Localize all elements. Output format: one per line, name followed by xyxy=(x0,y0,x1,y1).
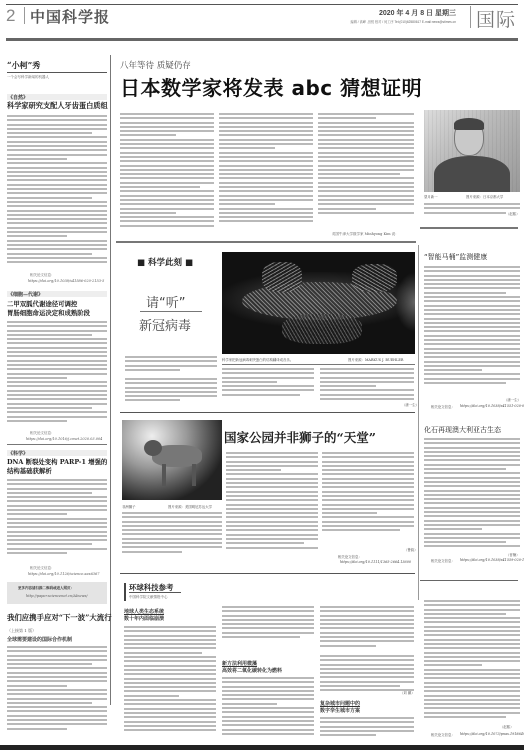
photo-quote-byline: （赵熙） xyxy=(506,211,520,216)
lead-kicker: 八年等待 质疑仍存 xyxy=(120,59,191,71)
issue-date: 2020 年 4 月 8 日 星期三 xyxy=(379,8,456,18)
doi-link[interactable]: https://doi.org/10.1038/s41586-020-2153-… xyxy=(28,279,104,283)
article-body-cont xyxy=(222,606,314,642)
doi-link[interactable]: https://doi.org/10.1126/science.aax6367 xyxy=(28,572,99,576)
lead-final-line: 英国牛津大学数学家 Minhyong Kim 说： xyxy=(332,232,399,237)
article-body xyxy=(7,479,107,564)
protein-structure-image xyxy=(222,252,415,354)
lion-body-col2 xyxy=(226,452,318,557)
article-title-line2: 结构基础获解析 xyxy=(7,466,52,475)
article-body xyxy=(7,115,107,270)
photo-caption-name: 望月新一 xyxy=(424,194,438,199)
article-title: 地球人类生态系统 xyxy=(124,608,164,615)
science-moment-title-2: 新冠病毒 xyxy=(139,315,191,334)
article-body xyxy=(7,321,107,429)
photo-credit: 图片来源：日本京都大学 xyxy=(466,194,503,199)
lion-photo-credit: 图片来源：美国明尼苏达大学 xyxy=(168,504,212,509)
science-moment-intro xyxy=(125,356,217,376)
science-moment-body-col3 xyxy=(320,368,414,408)
article-title: “智能马桶”监测健康 xyxy=(424,252,487,262)
column-title-rule xyxy=(7,72,107,73)
article-body xyxy=(320,717,414,741)
lion-body-col3 xyxy=(322,452,414,544)
article-body xyxy=(222,677,314,739)
protein-image-credit: 图片来源：MARKUS J. BUEHLER xyxy=(348,357,403,362)
promo-link[interactable]: http://paper.sciencenet.cn/AInews/ xyxy=(26,594,88,598)
page-bottom-edge xyxy=(0,745,524,750)
doi-link[interactable]: https://doi.org/10.1038/s41551-020-0534-… xyxy=(460,404,524,408)
article-title: 二甲双胍代谢途径可调控 xyxy=(7,299,77,308)
lion-photo xyxy=(122,420,222,500)
article-body xyxy=(124,626,216,738)
section-title: 国际 xyxy=(476,5,516,32)
article-title-line2: 数十年内面临崩溃 xyxy=(124,615,164,622)
portrait-photo xyxy=(424,110,520,192)
paper-name-logo: 中国科学报 xyxy=(30,6,110,27)
page-divider xyxy=(24,7,25,24)
article-body xyxy=(320,655,414,695)
global-tech-byline: （刘 鹏） xyxy=(400,690,415,695)
title-underline xyxy=(140,311,202,312)
left-column-divider xyxy=(110,55,111,705)
editor-credits: 编辑 / 高峰 ,田悦 校对 / 何工序 Tel:(010)62580617 E… xyxy=(351,19,456,24)
article-body xyxy=(424,266,520,396)
column-marker xyxy=(124,583,126,601)
article-divider xyxy=(7,444,107,445)
article-subtitle: 全球需要建设的国际合作机制 xyxy=(7,636,72,643)
article-tag: 《科学》 xyxy=(8,450,28,457)
lion-body-col1 xyxy=(122,512,222,557)
lead-bottom-rule xyxy=(116,241,416,243)
science-moment-bottom-rule xyxy=(120,412,415,413)
article-body xyxy=(7,646,107,738)
article-title: DNA 断裂处变构 PARP-1 增强的 xyxy=(7,457,107,466)
lead-headline: 日本数学家将发表 abc 猜想证明 xyxy=(120,72,422,101)
article-title-line2: 胃肠细胞命运决定和成熟阶段 xyxy=(7,308,90,317)
protein-image-caption: 科学家把新冠病毒刺突蛋白的结构翻译成音乐。 xyxy=(222,357,293,362)
source-label: 相关论文信息： xyxy=(338,554,362,559)
title-underline xyxy=(129,592,181,593)
article-title: 化石再现澳大利亚古生态 xyxy=(424,425,501,435)
science-moment-label: ■ 科学此刻 ■ xyxy=(137,256,193,268)
lead-body-col3 xyxy=(318,113,414,231)
doi-link[interactable]: https://doi.org/10.1111/1365-2664.13600 xyxy=(340,560,411,564)
masthead-rule xyxy=(6,38,518,41)
doi-link[interactable]: https://doi.org/10.1038/s41559-020-1138-… xyxy=(460,558,524,562)
source-label: 相关论文信息： xyxy=(431,732,455,737)
article-body xyxy=(424,600,520,730)
section-divider xyxy=(470,6,471,28)
science-moment-body-col2 xyxy=(222,368,314,400)
article-byline: （晋楠） xyxy=(506,552,520,557)
article-title: 我们应携手应对“下一波”大流行 xyxy=(7,612,112,623)
source-label: 相关论文信息： xyxy=(431,558,455,563)
continued-note: （上接第 1 版） xyxy=(7,628,36,634)
page-number: 2 xyxy=(6,7,15,24)
source-label: 相关论文信息： xyxy=(431,404,455,409)
article-title: 复杂城市问题中的 xyxy=(320,700,360,707)
source-label: 相关论文信息： xyxy=(30,273,55,278)
article-title-line2: 高效将二氧化碳转化为燃料 xyxy=(222,667,282,674)
caption-rule xyxy=(222,364,415,365)
lion-headline: 国家公园并非狮子的“天堂” xyxy=(224,428,376,446)
article-title: 科学家研究支配人牙齿蛋白质组 xyxy=(7,101,108,111)
lead-body-col1 xyxy=(120,113,214,238)
promo-text: 更多内容请扫描二维码或进入网页： xyxy=(18,586,74,591)
source-label: 相关论文信息： xyxy=(30,431,55,436)
science-moment-byline: （唐一尘） xyxy=(402,402,419,407)
article-title: 新方法利用微藻 xyxy=(222,660,257,667)
doi-link[interactable]: https://doi.org/10.1016/j.cmet.2020.03.0… xyxy=(26,437,102,441)
source-label: 相关论文信息： xyxy=(30,566,55,571)
right-article-divider xyxy=(420,580,518,581)
column-subtitle: 一个会写科学新闻的机器人 xyxy=(7,75,49,80)
lion-byline: （鲁韵） xyxy=(404,547,418,552)
top-rule xyxy=(6,4,518,5)
science-moment-body-col1 xyxy=(125,378,217,408)
lion-bottom-rule xyxy=(120,573,415,574)
doi-link[interactable]: https://doi.org/10.1073/pnas.1918649117 xyxy=(460,732,524,736)
article-tag: 《细胞—代谢》 xyxy=(8,291,43,298)
global-tech-subtitle: 中国科学院文献情报中心 xyxy=(129,595,168,600)
article-tag: 《自然》 xyxy=(8,94,28,101)
science-moment-title-1: 请“听” xyxy=(146,292,185,311)
article-body xyxy=(424,438,520,556)
article-byline: （唐一尘） xyxy=(504,397,521,402)
lead-body-col2 xyxy=(219,113,313,238)
article-byline: （赵熙） xyxy=(500,724,514,729)
lion-photo-caption: 非洲狮子 xyxy=(122,504,136,509)
article-title-line2: 数字孪生城市方案 xyxy=(320,707,360,714)
column-title-xiaoke: “小柯”秀 xyxy=(7,60,40,71)
right-top-rule xyxy=(420,227,518,229)
right-column-divider xyxy=(418,245,419,600)
article-body-cont xyxy=(320,606,414,651)
